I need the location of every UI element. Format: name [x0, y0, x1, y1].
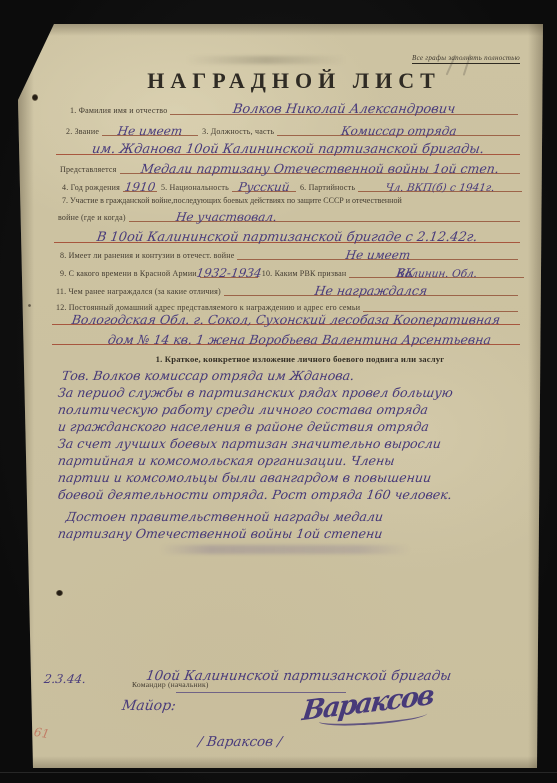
field-wounds-value: Не имеет — [344, 248, 411, 262]
citation-line: партизану Отечественной войны 1ой степен… — [57, 525, 527, 542]
field-presented-value: Медали партизану Отечественной войны 1ой… — [140, 161, 500, 176]
field-army-since-line: 1932-1934 — [200, 265, 258, 278]
field-party-label: 6. Партийность — [296, 183, 358, 192]
field-birthyear-value: 1910 — [124, 180, 157, 194]
commander-unit-value: 10ой Калининской партизанской бригады — [145, 668, 452, 684]
field-rvk-label: 10. Каким РВК призван — [258, 269, 350, 278]
field-surname-label: 1. Фамилия имя и отчество — [70, 106, 170, 115]
corner-mark: 61 — [33, 725, 50, 741]
citation-line: За счет лучших боевых партизан значитель… — [57, 435, 527, 452]
field-war-participation-line2: В 10ой Калининской партизанской бригаде … — [54, 230, 520, 243]
field-position-line: Комиссар отряда — [277, 123, 520, 136]
field-war-participation-label: 7. Участие в гражданской войне,последующ… — [62, 196, 524, 206]
citation-line: политическую работу среди личного состав… — [57, 401, 527, 418]
field-army-since-value: 1932-1934 — [195, 266, 262, 280]
field-surname-line: Волков Николай Александрович — [170, 102, 518, 115]
field-surname: 1. Фамилия имя и отчество Волков Николай… — [70, 101, 518, 115]
field-previous-awards: 11. Чем ранее награждался (за какие отли… — [56, 282, 518, 296]
field-position-value: Комиссар отряда — [340, 124, 457, 138]
field-home-address-value1: Вологодская Обл. г. Сокол, Сухонский лес… — [71, 312, 501, 327]
document-title: НАГРАДНОЙ ЛИСТ — [16, 68, 544, 94]
scan-background: Все графы заполнять полностью НАГРАДНОЙ … — [0, 0, 557, 783]
citation-line: Достоен правительственной награды медали — [65, 508, 527, 525]
field-position-value2: им. Жданова 10ой Калининской партизанско… — [91, 142, 485, 157]
field-war-participation-label2: войне (где и когда) — [58, 213, 129, 222]
field-rank-position: 2. Звание Не имеет 3. Должность, часть К… — [66, 122, 520, 136]
field-wounds: 8. Имеет ли ранения и контузии в отечест… — [60, 246, 518, 260]
field-home-address: 12. Постоянный домашний адрес представля… — [56, 298, 518, 312]
field-position-label: 3. Должность, часть — [198, 127, 277, 136]
citation-line: боевой деятельности отряда. Рост отряда … — [57, 486, 527, 503]
field-rank-label: 2. Звание — [66, 127, 102, 136]
citation-line: Тов. Волков комиссар отряда им Жданова. — [61, 367, 527, 384]
field-position-continued: им. Жданова 10ой Калининской партизанско… — [56, 141, 520, 155]
commander-signature: Вараксов — [301, 680, 435, 728]
top-note: Все графы заполнять полностью — [412, 54, 520, 64]
field-rank-line: Не имеет — [102, 123, 198, 136]
citation-line: партии и комсомольцы были авангардом в п… — [57, 469, 527, 486]
ink-spot — [56, 590, 63, 596]
field-war-participation-value: Не участвовал. — [175, 210, 278, 224]
field-home-address-line2: дом № 14 кв. 1 жена Воробьева Валентина … — [52, 332, 520, 345]
faint-stamp — [160, 545, 410, 554]
citation-heading: 1. Краткое, конкретное изложение личного… — [76, 354, 524, 364]
field-previous-awards-value: Не награждался — [314, 283, 429, 298]
field-home-address-line1: Вологодская Обл. г. Сокол, Сухонский лес… — [52, 312, 520, 325]
field-party-value: Чл. ВКП(б) с 1941г. — [385, 182, 496, 194]
field-home-address-value2: дом № 14 кв. 1 жена Воробьева Валентина … — [107, 332, 492, 347]
field-war-participation-continued: В 10ой Калининской партизанской бригаде … — [54, 229, 520, 243]
field-rvk-line: Калинин. Обл. ВК — [349, 265, 524, 278]
signature-transcript: / Вараксов / — [197, 734, 283, 750]
citation-text: Тов. Волков комиссар отряда им Жданова. … — [58, 367, 526, 542]
field-previous-awards-label: 11. Чем ранее награждался (за какие отли… — [56, 287, 224, 296]
field-army-since-label: 9. С какого времени в Красной Армии — [60, 269, 200, 278]
field-nationality-line: Русский — [232, 179, 296, 192]
citation-line: партийная и комсомольская организации. Ч… — [57, 452, 527, 469]
document-page: Все графы заполнять полностью НАГРАДНОЙ … — [16, 24, 544, 768]
field-birth-nationality-party: 4. Год рождения 1910 5. Национальность Р… — [62, 178, 522, 192]
field-birthyear-line: 1910 — [123, 179, 157, 192]
rank-value: Майор: — [121, 698, 177, 714]
field-position-line2: им. Жданова 10ой Калининской партизанско… — [56, 142, 520, 155]
field-birthyear-label: 4. Год рождения — [62, 183, 123, 192]
field-presented-label: Представляется — [60, 165, 120, 174]
field-rvk-value2: ВК — [395, 266, 478, 280]
field-nationality-label: 5. Национальность — [157, 183, 232, 192]
field-war-participation-value2: В 10ой Калининской партизанской бригаде … — [96, 230, 479, 245]
ink-spot — [28, 304, 31, 307]
citation-line: За период службы в партизанских рядах пр… — [57, 384, 527, 401]
field-party-line: Чл. ВКП(б) с 1941г. — [358, 179, 522, 192]
field-previous-awards-line: Не награждался — [224, 283, 518, 296]
field-wounds-line: Не имеет — [237, 247, 518, 260]
erased-pencil-smudge — [186, 56, 346, 64]
field-army-service: 9. С какого времени в Красной Армии 1932… — [60, 264, 524, 278]
field-surname-value: Волков Николай Александрович — [232, 102, 456, 117]
field-war-participation: войне (где и когда) Не участвовал. — [58, 208, 520, 222]
date-value: 2.3.44. — [43, 672, 87, 686]
field-presented-for: Представляется Медали партизану Отечеств… — [60, 160, 520, 174]
field-presented-line: Медали партизану Отечественной войны 1ой… — [120, 161, 520, 174]
field-home-address-value-row2: дом № 14 кв. 1 жена Воробьева Валентина … — [52, 331, 520, 345]
field-wounds-label: 8. Имеет ли ранения и контузии в отечест… — [60, 251, 237, 260]
ink-spot — [32, 94, 38, 101]
field-war-participation-line: Не участвовал. — [129, 209, 520, 222]
field-nationality-value: Русский — [237, 180, 290, 194]
field-home-address-value-row1: Вологодская Обл. г. Сокол, Сухонский лес… — [52, 311, 520, 325]
field-rank-value: Не имеет — [117, 124, 184, 138]
citation-line: и гражданского населения в районе действ… — [57, 418, 527, 435]
